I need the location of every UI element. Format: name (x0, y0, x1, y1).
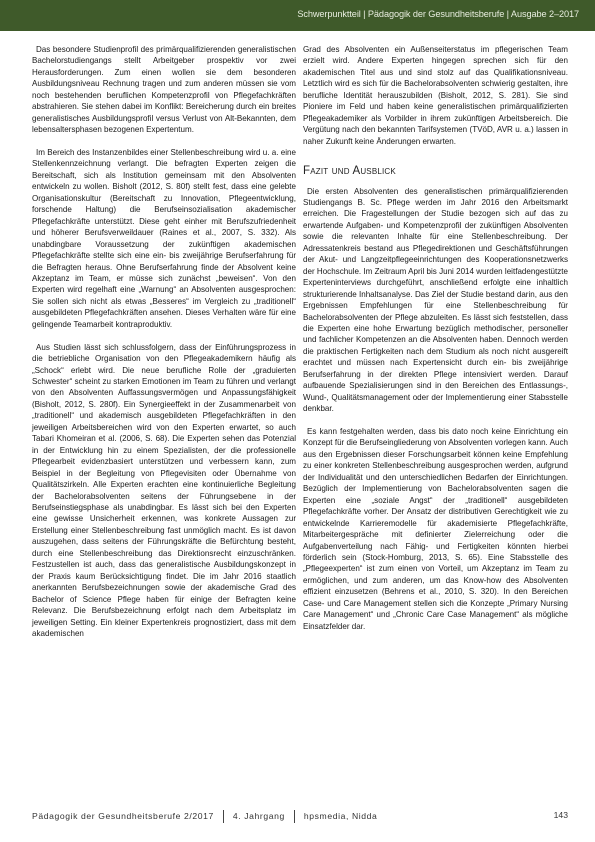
page-number: 143 (554, 810, 568, 820)
paragraph: Im Bereich des Instanzenbildes einer Ste… (32, 147, 296, 330)
paragraph: Es kann festgehalten werden, dass bis da… (303, 426, 568, 632)
footer-publisher: hpsmedia, Nidda (304, 811, 378, 821)
right-column: Grad des Absolventen ein Außenseiterstat… (303, 44, 568, 644)
footer-journal: Pädagogik der Gesundheitsberufe 2/2017 (32, 811, 214, 821)
paragraph: Die ersten Absolventen des generalistisc… (303, 186, 568, 415)
section-heading: Fazit und Ausblick (303, 166, 568, 177)
left-column: Das besondere Studienprofil des primärqu… (32, 44, 296, 651)
paragraph: Das besondere Studienprofil des primärqu… (32, 44, 296, 136)
footer-volume: 4. Jahrgang (233, 811, 285, 821)
page-footer: Pädagogik der Gesundheitsberufe 2/20174.… (32, 810, 568, 823)
paragraph: Aus Studien lässt sich schlussfolgern, d… (32, 342, 296, 640)
running-title: Schwerpunktteil | Pädagogik der Gesundhe… (297, 9, 579, 19)
paragraph-continuation: Grad des Absolventen ein Außenseiterstat… (303, 44, 568, 147)
footer-divider (223, 810, 224, 823)
header-bar: Schwerpunktteil | Pädagogik der Gesundhe… (0, 0, 595, 31)
footer-divider (294, 810, 295, 823)
